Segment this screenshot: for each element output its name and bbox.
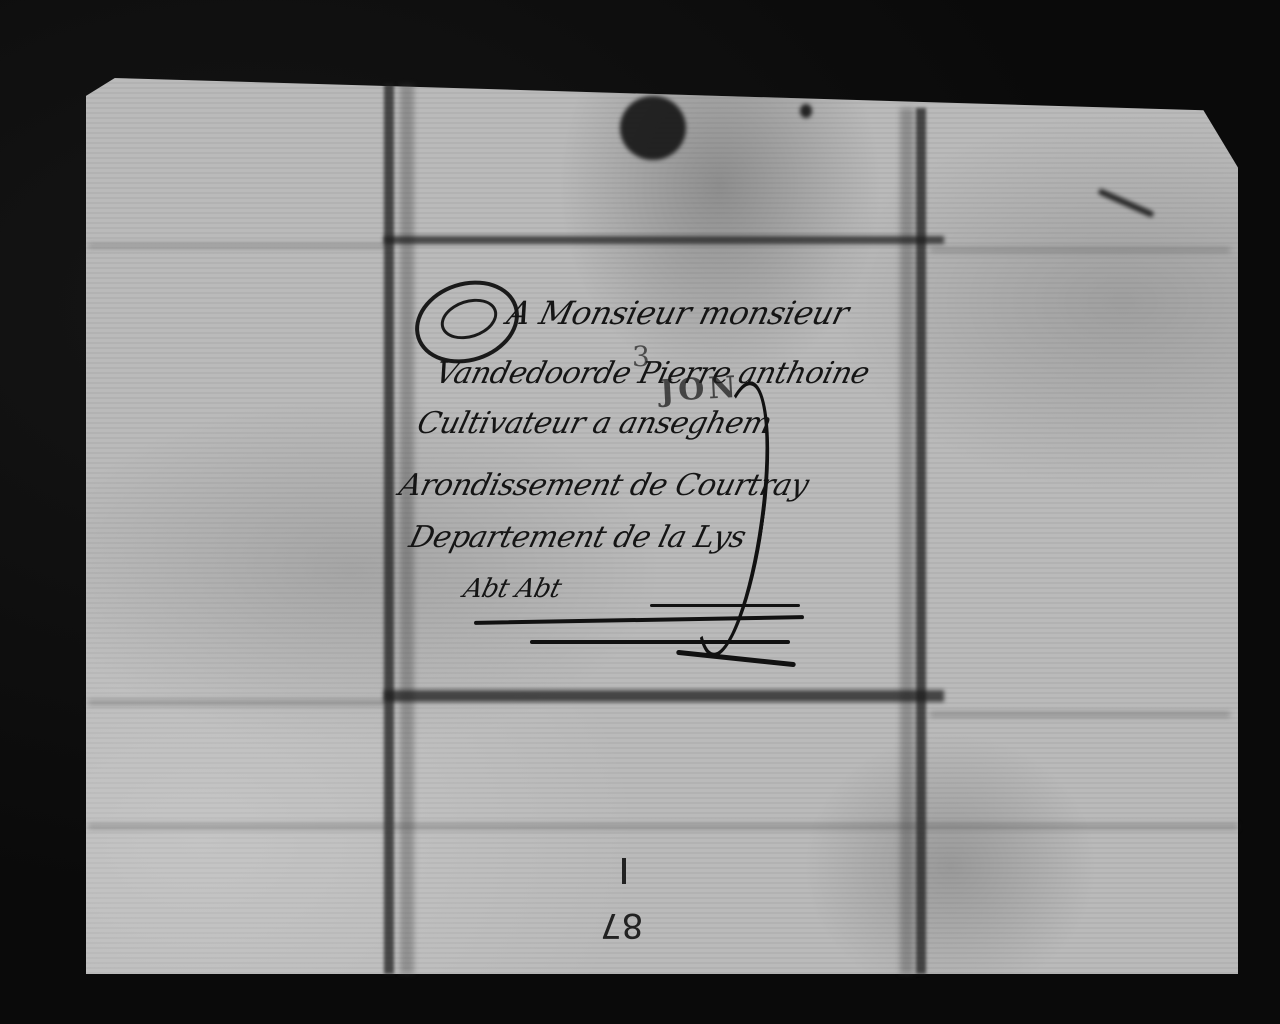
fold-line-left <box>384 84 394 974</box>
fold-line-middle <box>384 690 944 702</box>
address-line-6: Abt Abt <box>460 574 564 604</box>
postmark-stamp: JON <box>659 370 740 409</box>
underline-swash-4 <box>650 604 800 607</box>
address-line-1: A Monsieur monsieur <box>503 294 852 332</box>
underline-swash-2 <box>530 640 790 644</box>
corner-stain <box>800 104 812 118</box>
fold-line-top-left <box>88 244 388 248</box>
fold-line-lower <box>88 824 1238 829</box>
pencil-tick <box>622 858 626 884</box>
postmark-digit: 3 <box>632 340 650 373</box>
fold-line-top <box>384 236 944 244</box>
fold-line-middle-left <box>88 700 388 705</box>
seal-stain <box>620 96 686 160</box>
pencil-annotation: 87 <box>600 905 643 945</box>
fold-line-middle-right <box>930 712 1230 717</box>
fold-line-top-right <box>930 248 1230 252</box>
address-line-2: Vandedoorde Pierre anthoine <box>432 356 873 391</box>
